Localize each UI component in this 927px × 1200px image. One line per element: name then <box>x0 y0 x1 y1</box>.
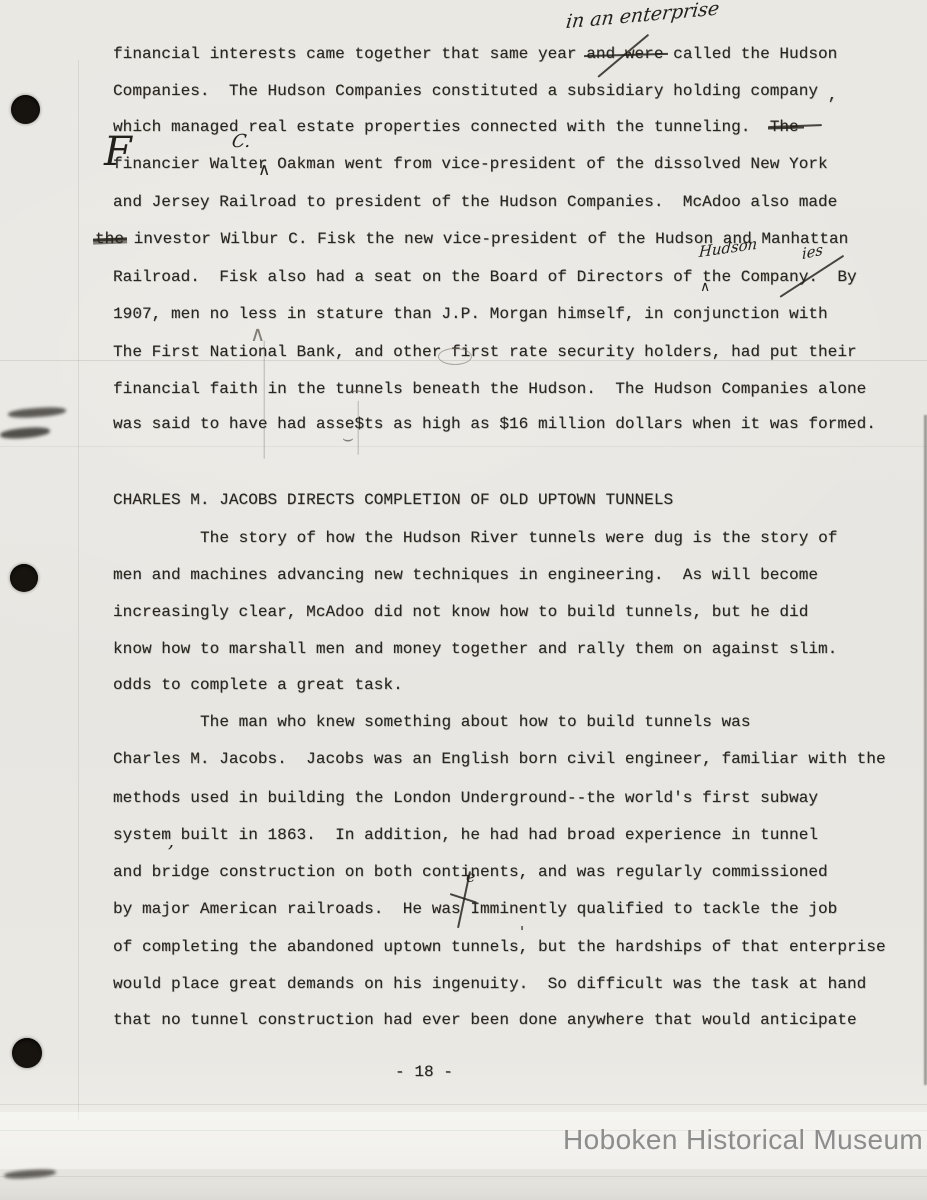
typed-text: which managed real estate properties con… <box>113 118 770 136</box>
typewritten-line: The First National Bank, and other first… <box>113 343 857 361</box>
handwritten-comma: , <box>168 832 174 851</box>
typed-text: The story of how the Hudson River tunnel… <box>200 529 837 547</box>
typewritten-line: financial faith in the tunnels beneath t… <box>113 380 866 398</box>
paper-crease <box>0 1176 927 1177</box>
typed-text: financial interests came together that s… <box>113 45 586 63</box>
paper-crease <box>0 446 927 447</box>
typed-text: that no tunnel construction had ever bee… <box>113 1011 857 1029</box>
page-number: - 18 - <box>395 1063 453 1081</box>
ink-smudge <box>4 1168 56 1180</box>
typed-text: of completing the abandoned uptown tunne… <box>113 938 886 956</box>
typed-apostrophe-mark: ' <box>520 925 524 940</box>
typed-text: financier Walter Oakman went from vice-p… <box>113 155 828 173</box>
handwritten-insertion: C. <box>230 133 253 151</box>
typed-text: men and machines advancing new technique… <box>113 566 818 584</box>
typed-text: methods used in building the London Unde… <box>113 789 818 807</box>
typewritten-line: know how to marshall men and money toget… <box>113 640 837 658</box>
paper-crease <box>0 1130 927 1131</box>
section-heading: CHARLES M. JACOBS DIRECTS COMPLETION OF … <box>113 491 673 509</box>
typewritten-line: odds to complete a great task. <box>113 676 403 694</box>
typewritten-line: Charles M. Jacobs. Jacobs was an English… <box>113 750 886 768</box>
hole-punch <box>10 564 38 592</box>
typed-text: 1907, men no less in stature than J.P. M… <box>113 305 828 323</box>
typed-text: odds to complete a great task. <box>113 676 403 694</box>
hole-punch <box>11 95 40 124</box>
typewritten-line: The man who knew something about how to … <box>200 713 751 731</box>
typewritten-line: and Jersey Railroad to president of the … <box>113 193 837 211</box>
ink-smudge <box>0 426 50 440</box>
struck-text: the <box>95 230 124 248</box>
typed-text: called the Hudson <box>664 45 838 63</box>
paper-crease <box>0 1104 927 1105</box>
handwritten-insertion: in an enterprise <box>565 0 721 32</box>
typewritten-line: Companies. The Hudson Companies constitu… <box>113 82 837 100</box>
ink-smudge <box>8 406 66 419</box>
typed-text: know how to marshall men and money toget… <box>113 640 837 658</box>
typewritten-line: increasingly clear, McAdoo did not know … <box>113 603 808 621</box>
typed-text: The man who knew something about how to … <box>200 713 751 731</box>
pencil-crease-line <box>263 341 264 459</box>
typewritten-line: of completing the abandoned uptown tunne… <box>113 938 886 956</box>
scanned-document-page: - 18 - Hoboken Historical Museum financi… <box>0 0 927 1200</box>
watermark: Hoboken Historical Museum <box>563 1124 923 1156</box>
typed-text: Railroad. Fisk also had a seat on the Bo… <box>113 268 857 286</box>
typed-text: would place great demands on his ingenui… <box>113 975 866 993</box>
typed-text: system built in 1863. In addition, he ha… <box>113 826 818 844</box>
typed-text: Companies. The Hudson Companies constitu… <box>113 82 818 100</box>
ink-caret: ∧ <box>258 162 270 179</box>
typewritten-line: was said to have had asse$ts as high as … <box>113 415 876 433</box>
typewritten-line: The story of how the Hudson River tunnel… <box>200 529 837 547</box>
typed-text: increasingly clear, McAdoo did not know … <box>113 603 808 621</box>
pencil-circle <box>438 348 472 365</box>
typewritten-line: system built in 1863. In addition, he ha… <box>113 826 818 844</box>
typed-text: The First National Bank, and other first… <box>113 343 857 361</box>
typed-text: , <box>818 86 837 104</box>
typed-text: and Jersey Railroad to president of the … <box>113 193 837 211</box>
typewritten-line: 1907, men no less in stature than J.P. M… <box>113 305 828 323</box>
typewritten-line: that no tunnel construction had ever bee… <box>113 1011 857 1029</box>
typed-text: Charles M. Jacobs. Jacobs was an English… <box>113 750 886 768</box>
paper-crease <box>0 360 927 361</box>
typewritten-line: would place great demands on his ingenui… <box>113 975 866 993</box>
typewritten-line: methods used in building the London Unde… <box>113 789 818 807</box>
typewritten-line: men and machines advancing new technique… <box>113 566 818 584</box>
ink-caret: ∧ <box>700 280 710 294</box>
typewritten-line: financial interests came together that s… <box>113 45 837 63</box>
typed-text: financial faith in the tunnels beneath t… <box>113 380 866 398</box>
typed-text: CHARLES M. JACOBS DIRECTS COMPLETION OF … <box>113 491 673 509</box>
handwritten-capital-f: F <box>104 132 132 172</box>
handwritten-insertion: ies <box>802 242 823 262</box>
typewritten-line: financier Walter Oakman went from vice-p… <box>113 155 828 173</box>
typed-text: was said to have had asse$ts as high as … <box>113 415 876 433</box>
typewritten-line: which managed real estate properties con… <box>113 118 799 136</box>
typewritten-line: Railroad. Fisk also had a seat on the Bo… <box>113 268 857 286</box>
hole-punch <box>12 1038 42 1068</box>
paper-fold-crease <box>78 60 79 1120</box>
